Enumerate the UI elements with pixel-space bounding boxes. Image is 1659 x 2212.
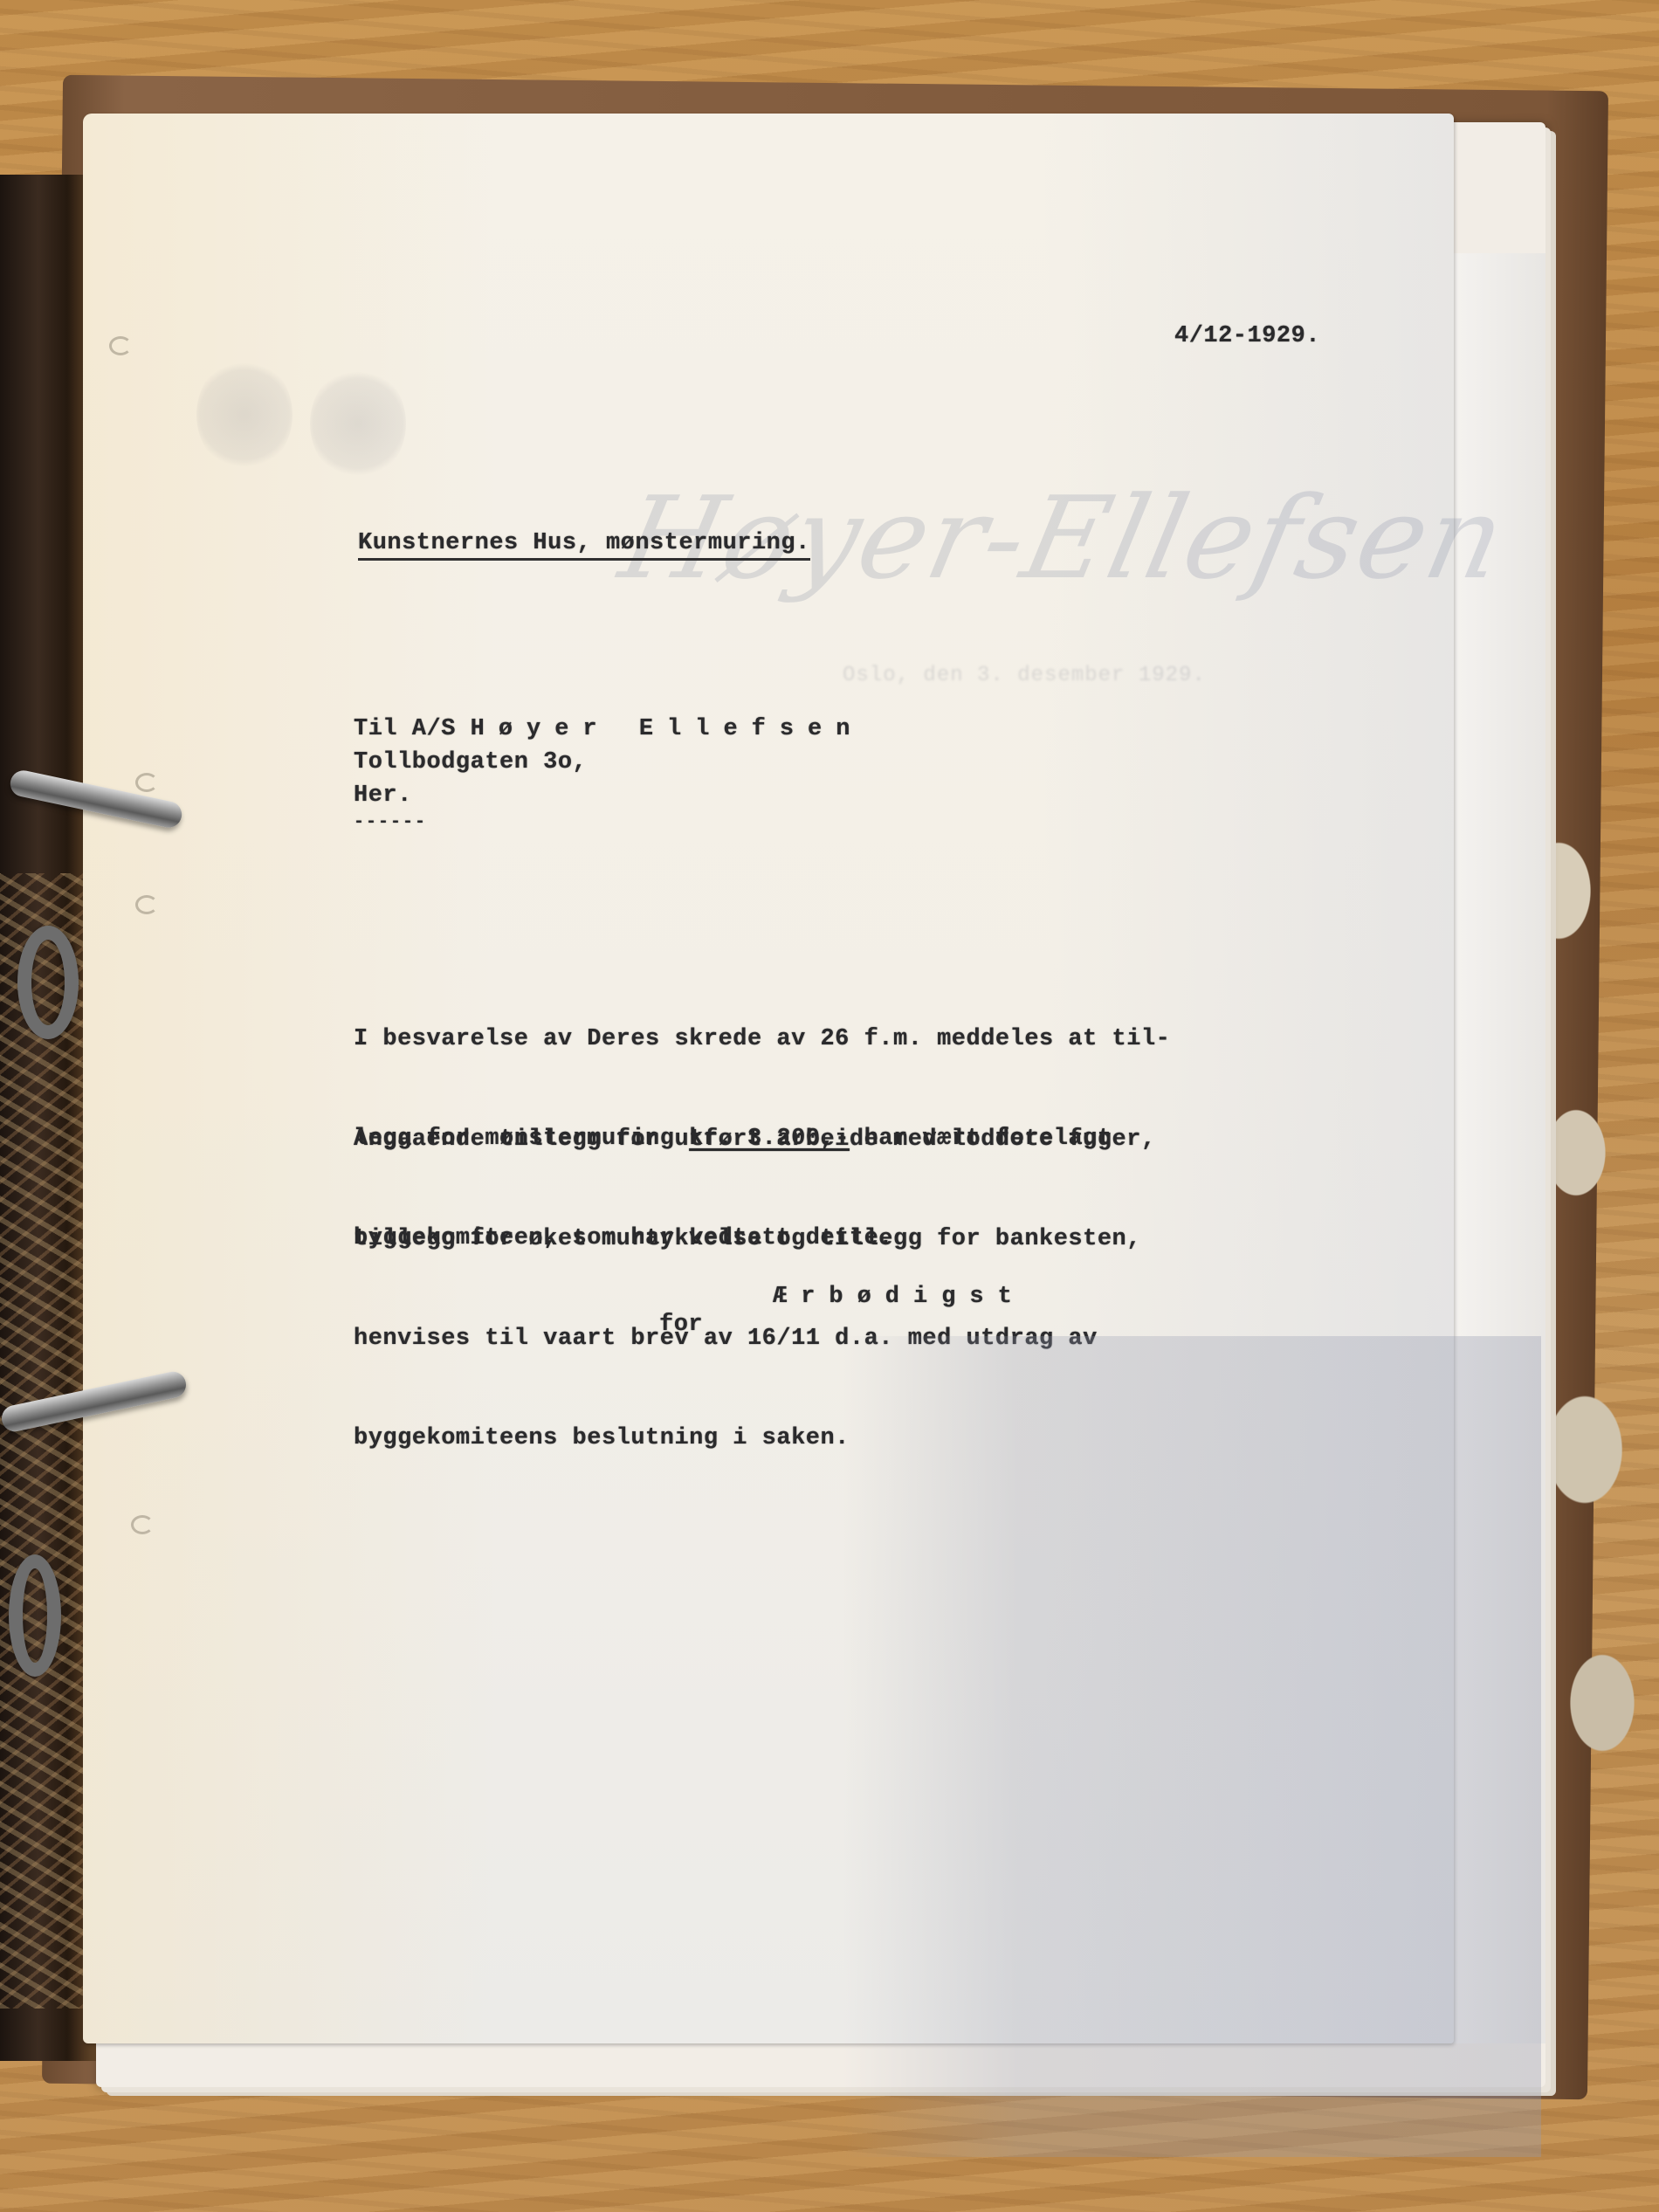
binder-ring-icon [17, 926, 79, 1039]
recipient-separator: ------ [354, 812, 427, 832]
punch-hole [131, 1515, 154, 1534]
body-line: I besvarelse av Deres skrede av 26 f.m. … [354, 1023, 1170, 1056]
closing-for: for [659, 1312, 703, 1338]
letterhead-seal-icon [310, 367, 406, 480]
body-line: henvises til vaart brev av 16/11 d.a. me… [354, 1322, 1156, 1355]
body-paragraph-2: Angaaende tillegg for utført arbeide med… [354, 1057, 1156, 1521]
body-line: Angaaende tillegg for utført arbeide med… [354, 1123, 1156, 1156]
recipient-line-1: Til A/S Høyer Ellefsen [354, 716, 864, 742]
letter-subject: Kunstnernes Hus, mønstermuring. [358, 530, 810, 561]
binder-ring-icon [9, 1554, 61, 1677]
recipient-line-3: Her. [354, 782, 412, 809]
closing-salutation: Ærbødigst [773, 1284, 1026, 1310]
recipient-prefix: Til A/S [354, 716, 456, 742]
body-line: byggekomiteens beslutning i saken. [354, 1422, 1156, 1455]
punch-hole [135, 895, 158, 914]
punch-hole [135, 773, 158, 792]
recipient-company: Høyer Ellefsen [471, 716, 864, 742]
body-line: tillegg for øket murtykkelse og tillegg … [354, 1223, 1156, 1256]
recipient-line-2: Tollbodgaten 3o, [354, 749, 587, 775]
punch-hole [109, 336, 132, 355]
bleed-through-date: Oslo, den 3. desember 1929. [843, 664, 1206, 687]
letter-page: Høyer-Ellefsen Oslo, den 3. desember 192… [83, 114, 1454, 2043]
letterhead-seal-icon [196, 358, 293, 472]
letter-date: 4/12-1929. [1174, 323, 1320, 349]
